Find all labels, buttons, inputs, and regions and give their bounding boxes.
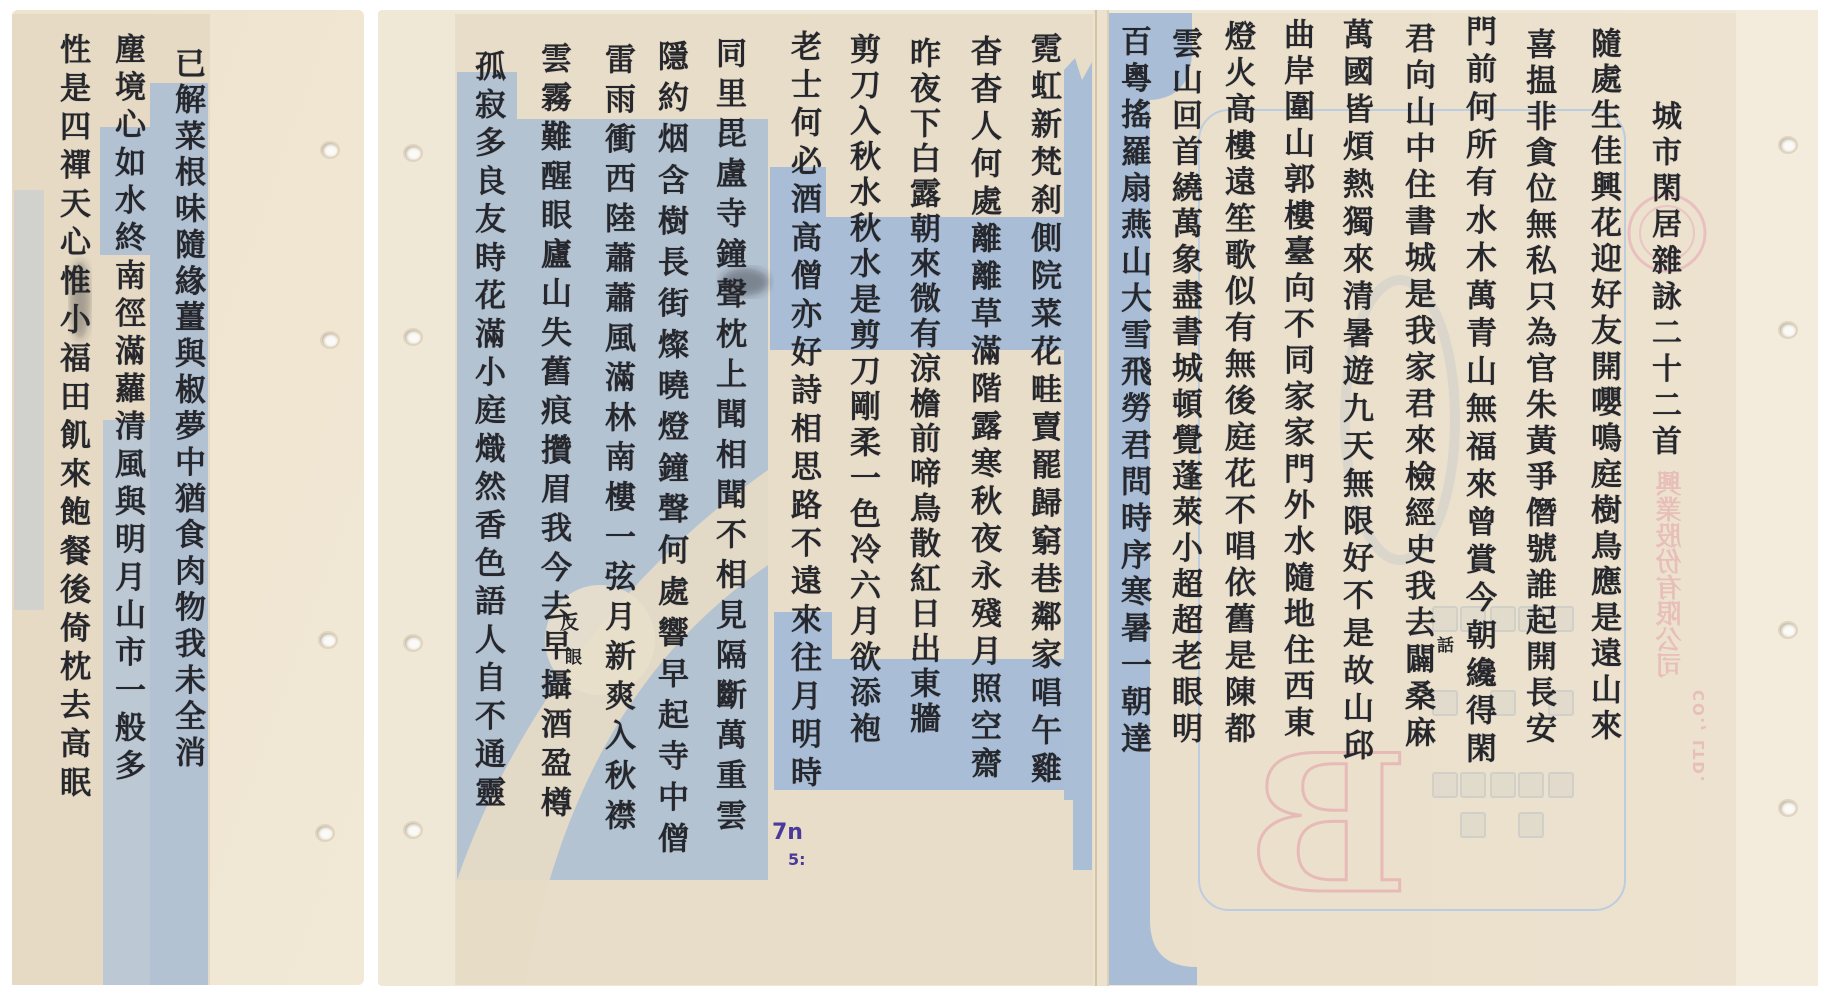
punch-hole (320, 633, 336, 647)
poem-column: 同里毘盧寺鐘聲枕上聞相聞不相見隔斷萬重雲 (709, 37, 747, 830)
poem-column: 杳杳人何處離離草滿階露寒秋夜永殘月照空齋 (964, 35, 1002, 778)
correction-note: 眼 (562, 648, 579, 665)
faint-printed-glyph (1518, 812, 1544, 838)
punch-hole (322, 333, 338, 347)
punch-hole (405, 330, 421, 344)
punch-hole (405, 823, 421, 837)
poem-column: 雲霧難醒眼廬山失舊痕攢眉我今去早攝酒盈樽 (534, 42, 572, 817)
poem-column: 老士何必酒高僧亦好詩相思路不遠來往月明時 (784, 30, 822, 787)
poem-column: 性是四禪天心惟小福田飢來飽餐後倚枕去高眠 (53, 33, 91, 797)
poem-column: 霓虹新梵刹側院菜花畦賣罷歸窮巷鄰家唱午雞 (1024, 32, 1062, 783)
poem-column: 隨處生佳興花迎好友開嚶鳴庭樹鳥應是遠山來 (1584, 27, 1622, 740)
poem-column: 昨夜下白露朝來微有涼檐前啼鳥散紅日出東牆 (903, 37, 941, 733)
poem-column: 雲山回首繞萬象盡書城頓覺蓬萊小超超老眼明 (1165, 27, 1203, 743)
poem-column: 孤寂多良友時花滿小庭熾然香色語人自不通靈 (468, 50, 506, 807)
scanned-manuscript: 興業股份有限公司 CO., LTD. B 已解菜根味隨緣薑與椒夢中猶食肉物我未全… (0, 0, 1831, 1000)
poem-column: 君向山中住書城是我家君來檢經史我去闢桑麻 (1398, 22, 1436, 747)
right-page-margin (1736, 10, 1818, 986)
poem-column: 燈火高樓遠笙歌似有無後庭花不唱依舊是陳都 (1218, 20, 1256, 743)
poem-column: 百粵搖羅扇燕山大雪飛勞君問時序寒暑一朝達 (1114, 25, 1152, 753)
poem-column: 剪刀入秋水秋水是剪刀剛柔一色冷六月欲添袍 (843, 33, 881, 743)
punch-hole (405, 636, 421, 650)
punch-hole (317, 826, 333, 840)
correction-note: 話 (1434, 636, 1451, 653)
poem-column: 隱約烟含樹長街燦曉燈鐘聲何處響早起寺中僧 (651, 40, 689, 853)
poem-column: 門前何所有水木萬青山無福來曾賞今朝纔得閑 (1459, 15, 1497, 763)
punch-hole (1780, 323, 1796, 337)
punch-hole (405, 146, 421, 160)
pencil-mark: 7n (772, 822, 803, 844)
faint-printed-glyph (1490, 772, 1516, 798)
left-blue-print (14, 190, 44, 610)
faint-printed-glyph (1460, 812, 1486, 838)
poem-column: 萬國皆煩熱獨來清暑遊九天無限好不是故山邱 (1336, 18, 1374, 760)
poem-column: 喜揾非貪位無私只為官朱黃爭僭號誰起開長安 (1519, 28, 1557, 743)
faint-printed-glyph (1432, 772, 1458, 798)
punch-hole (1780, 801, 1796, 815)
bleed-logo-letter: B (1248, 730, 1409, 920)
poem-column: 已解菜根味隨緣薑與椒夢中猶食肉物我未全消 (168, 47, 206, 767)
punch-hole (1780, 623, 1796, 637)
middle-blue-strip (1064, 58, 1092, 870)
pencil-mark: 5: (788, 852, 806, 868)
punch-hole (1780, 138, 1796, 152)
faint-printed-glyph (1518, 772, 1544, 798)
bleed-english-text: CO., LTD. (1690, 690, 1708, 820)
faint-printed-glyph (1548, 772, 1574, 798)
poem-column: 曲岸圍山郭樓臺向不同家家門外水隨地住西東 (1277, 18, 1315, 737)
poem-column: 雷雨衝西陸蕭蕭風滿林南樓一弦月新爽入秋襟 (598, 43, 636, 830)
faint-printed-glyph (1460, 772, 1486, 798)
poem-collection-title: 城市閑居雜詠二十二首 (1644, 100, 1682, 455)
bleed-company-name: 興業股份有限公司 (1652, 470, 1689, 810)
correction-note: 反 (558, 612, 577, 631)
punch-hole (322, 143, 338, 157)
poem-column: 塵境心如水終南徑滿蘿清風與明月山市一般多 (108, 33, 146, 780)
